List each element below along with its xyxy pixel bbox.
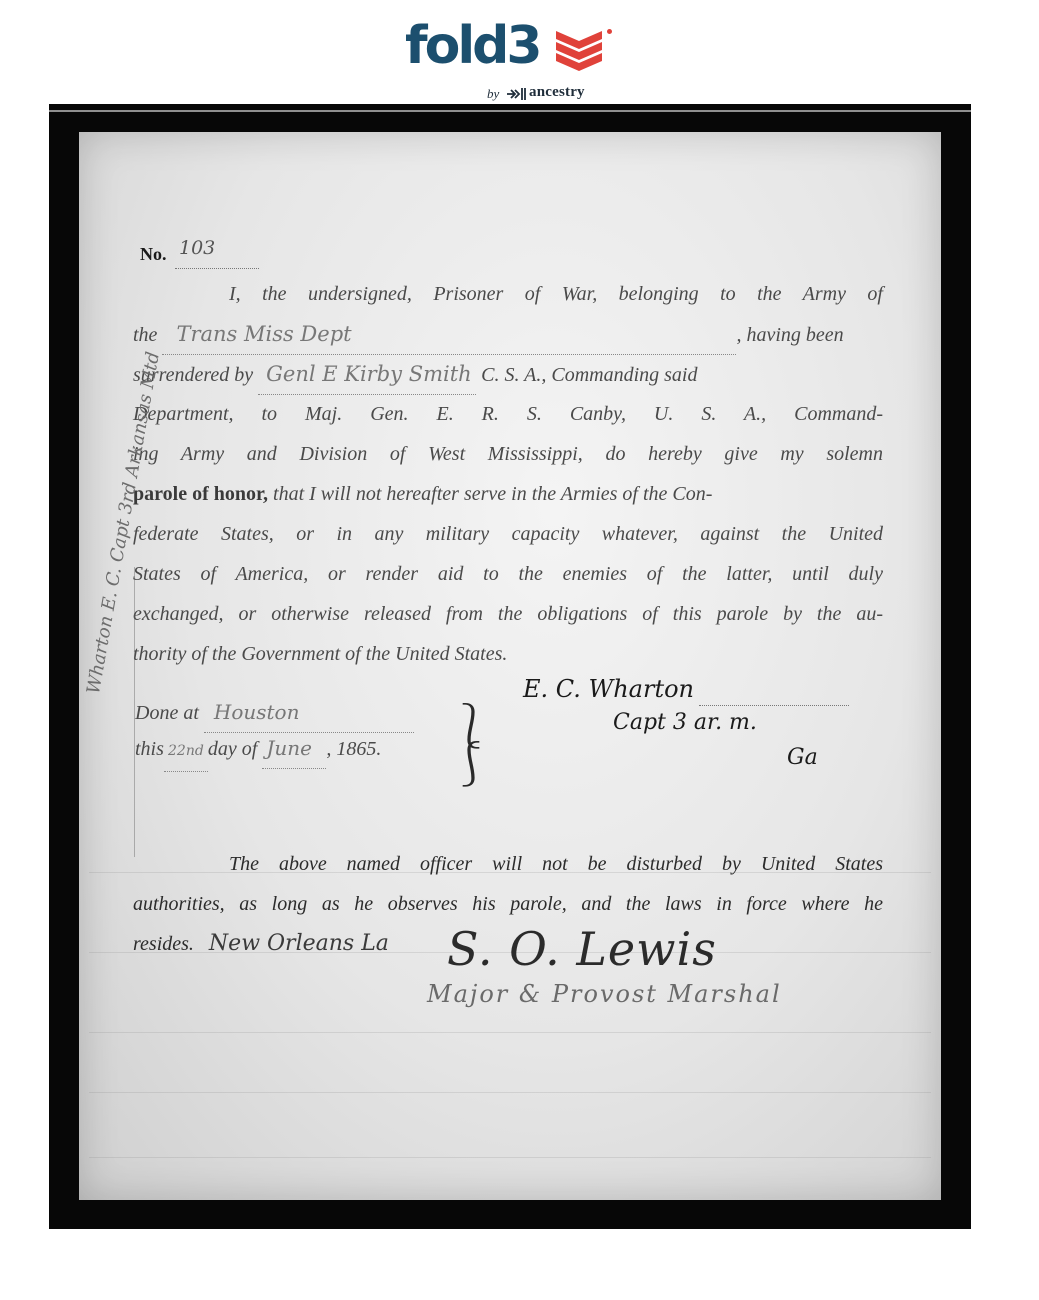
registered-mark [607,29,612,34]
fold3-chevrons-icon [554,29,604,71]
marshal-signature: S. O. Lewis [447,922,717,976]
date-mid: day of [208,738,257,760]
date-line: this22ndday of June, 1865. [135,728,381,772]
body-line-3: surrendered by Genl E Kirby Smith C. S. … [133,354,883,395]
officer-signature: E. C. Wharton [523,675,694,703]
document-page: No. 103 I, the undersigned, Prisoner of … [79,132,941,1200]
signature-dotted-line [699,705,849,706]
body-text: ing Army and Division of West Mississipp… [133,443,883,465]
brace-bottom: ⎰ [449,728,493,792]
done-at-label: Done at [135,702,199,724]
officer-signature-suffix: Ga [787,745,818,770]
closing-line-2: authorities, as long as he observes his … [133,884,883,924]
body-line-4: Department, to Maj. Gen. E. R. S. Canby,… [133,394,883,434]
date-month: June [262,728,326,769]
logo-byline-brand: ancestry [529,84,585,101]
logo-byline-prefix: by [487,86,499,102]
resides-value: New Orleans La [209,931,389,956]
fold3-logo: fold3 by ancestry [405,20,625,104]
date-year: , 1865. [326,738,381,760]
done-at-line: Done at Houston [135,692,414,733]
surrendered-by-field: Genl E Kirby Smith [258,354,476,395]
closing-line-1: The above named officer will not be dist… [229,844,883,884]
body-text: , having been [736,324,843,346]
body-text: Department, to Maj. Gen. E. R. S. Canby,… [133,403,883,425]
body-line-1: I, the undersigned, Prisoner of War, bel… [229,274,883,314]
body-text: I, the undersigned, Prisoner of War, bel… [229,283,883,305]
body-text: federate States, or in any military capa… [133,523,883,545]
resides-label: resides. [133,933,194,955]
body-line-7: federate States, or in any military capa… [133,514,883,554]
closing-text: authorities, as long as he observes his … [133,893,883,915]
body-line-5: ing Army and Division of West Mississipp… [133,434,883,474]
body-text: States of America, or render aid to the … [133,563,883,585]
scanned-document-frame: No. 103 I, the undersigned, Prisoner of … [49,104,971,1229]
logo-wordmark: fold3 [405,16,540,76]
closing-text: The above named officer will not be dist… [229,853,883,875]
paper-ruled-line [89,1092,931,1093]
army-field: Trans Miss Dept [162,314,736,355]
body-line-2: the Trans Miss Dept, having been [133,314,883,355]
paper-ruled-line [89,1157,931,1158]
ancestry-leaf-icon [506,87,528,101]
body-text: exchanged, or otherwise released from th… [133,603,883,625]
body-text: C. S. A., Commanding said [481,364,697,386]
resides-line: resides. New Orleans La [133,924,389,964]
body-line-9: exchanged, or otherwise released from th… [133,594,883,634]
officer-signature-title: Capt 3 ar. m. [613,710,757,735]
date-prefix: this [135,738,164,760]
body-text: that I will not hereafter serve in the A… [273,483,712,505]
margin-rule [134,567,135,857]
parole-of-honor-text: parole of honor, [133,483,268,505]
done-at-value: Houston [204,692,414,733]
body-text: thority of the Government of the United … [133,643,507,665]
document-number-value: 103 [175,228,259,269]
document-number-label: No. [140,234,167,274]
body-line-6: parole of honor, that I will not hereaft… [133,474,883,514]
date-day: 22nd [164,731,208,772]
body-text: the [133,324,157,346]
body-line-10: thority of the Government of the United … [133,634,883,674]
body-line-8: States of America, or render aid to the … [133,554,883,594]
paper-ruled-line [89,1032,931,1033]
marshal-signature-title: Major & Provost Marshal [427,980,782,1008]
